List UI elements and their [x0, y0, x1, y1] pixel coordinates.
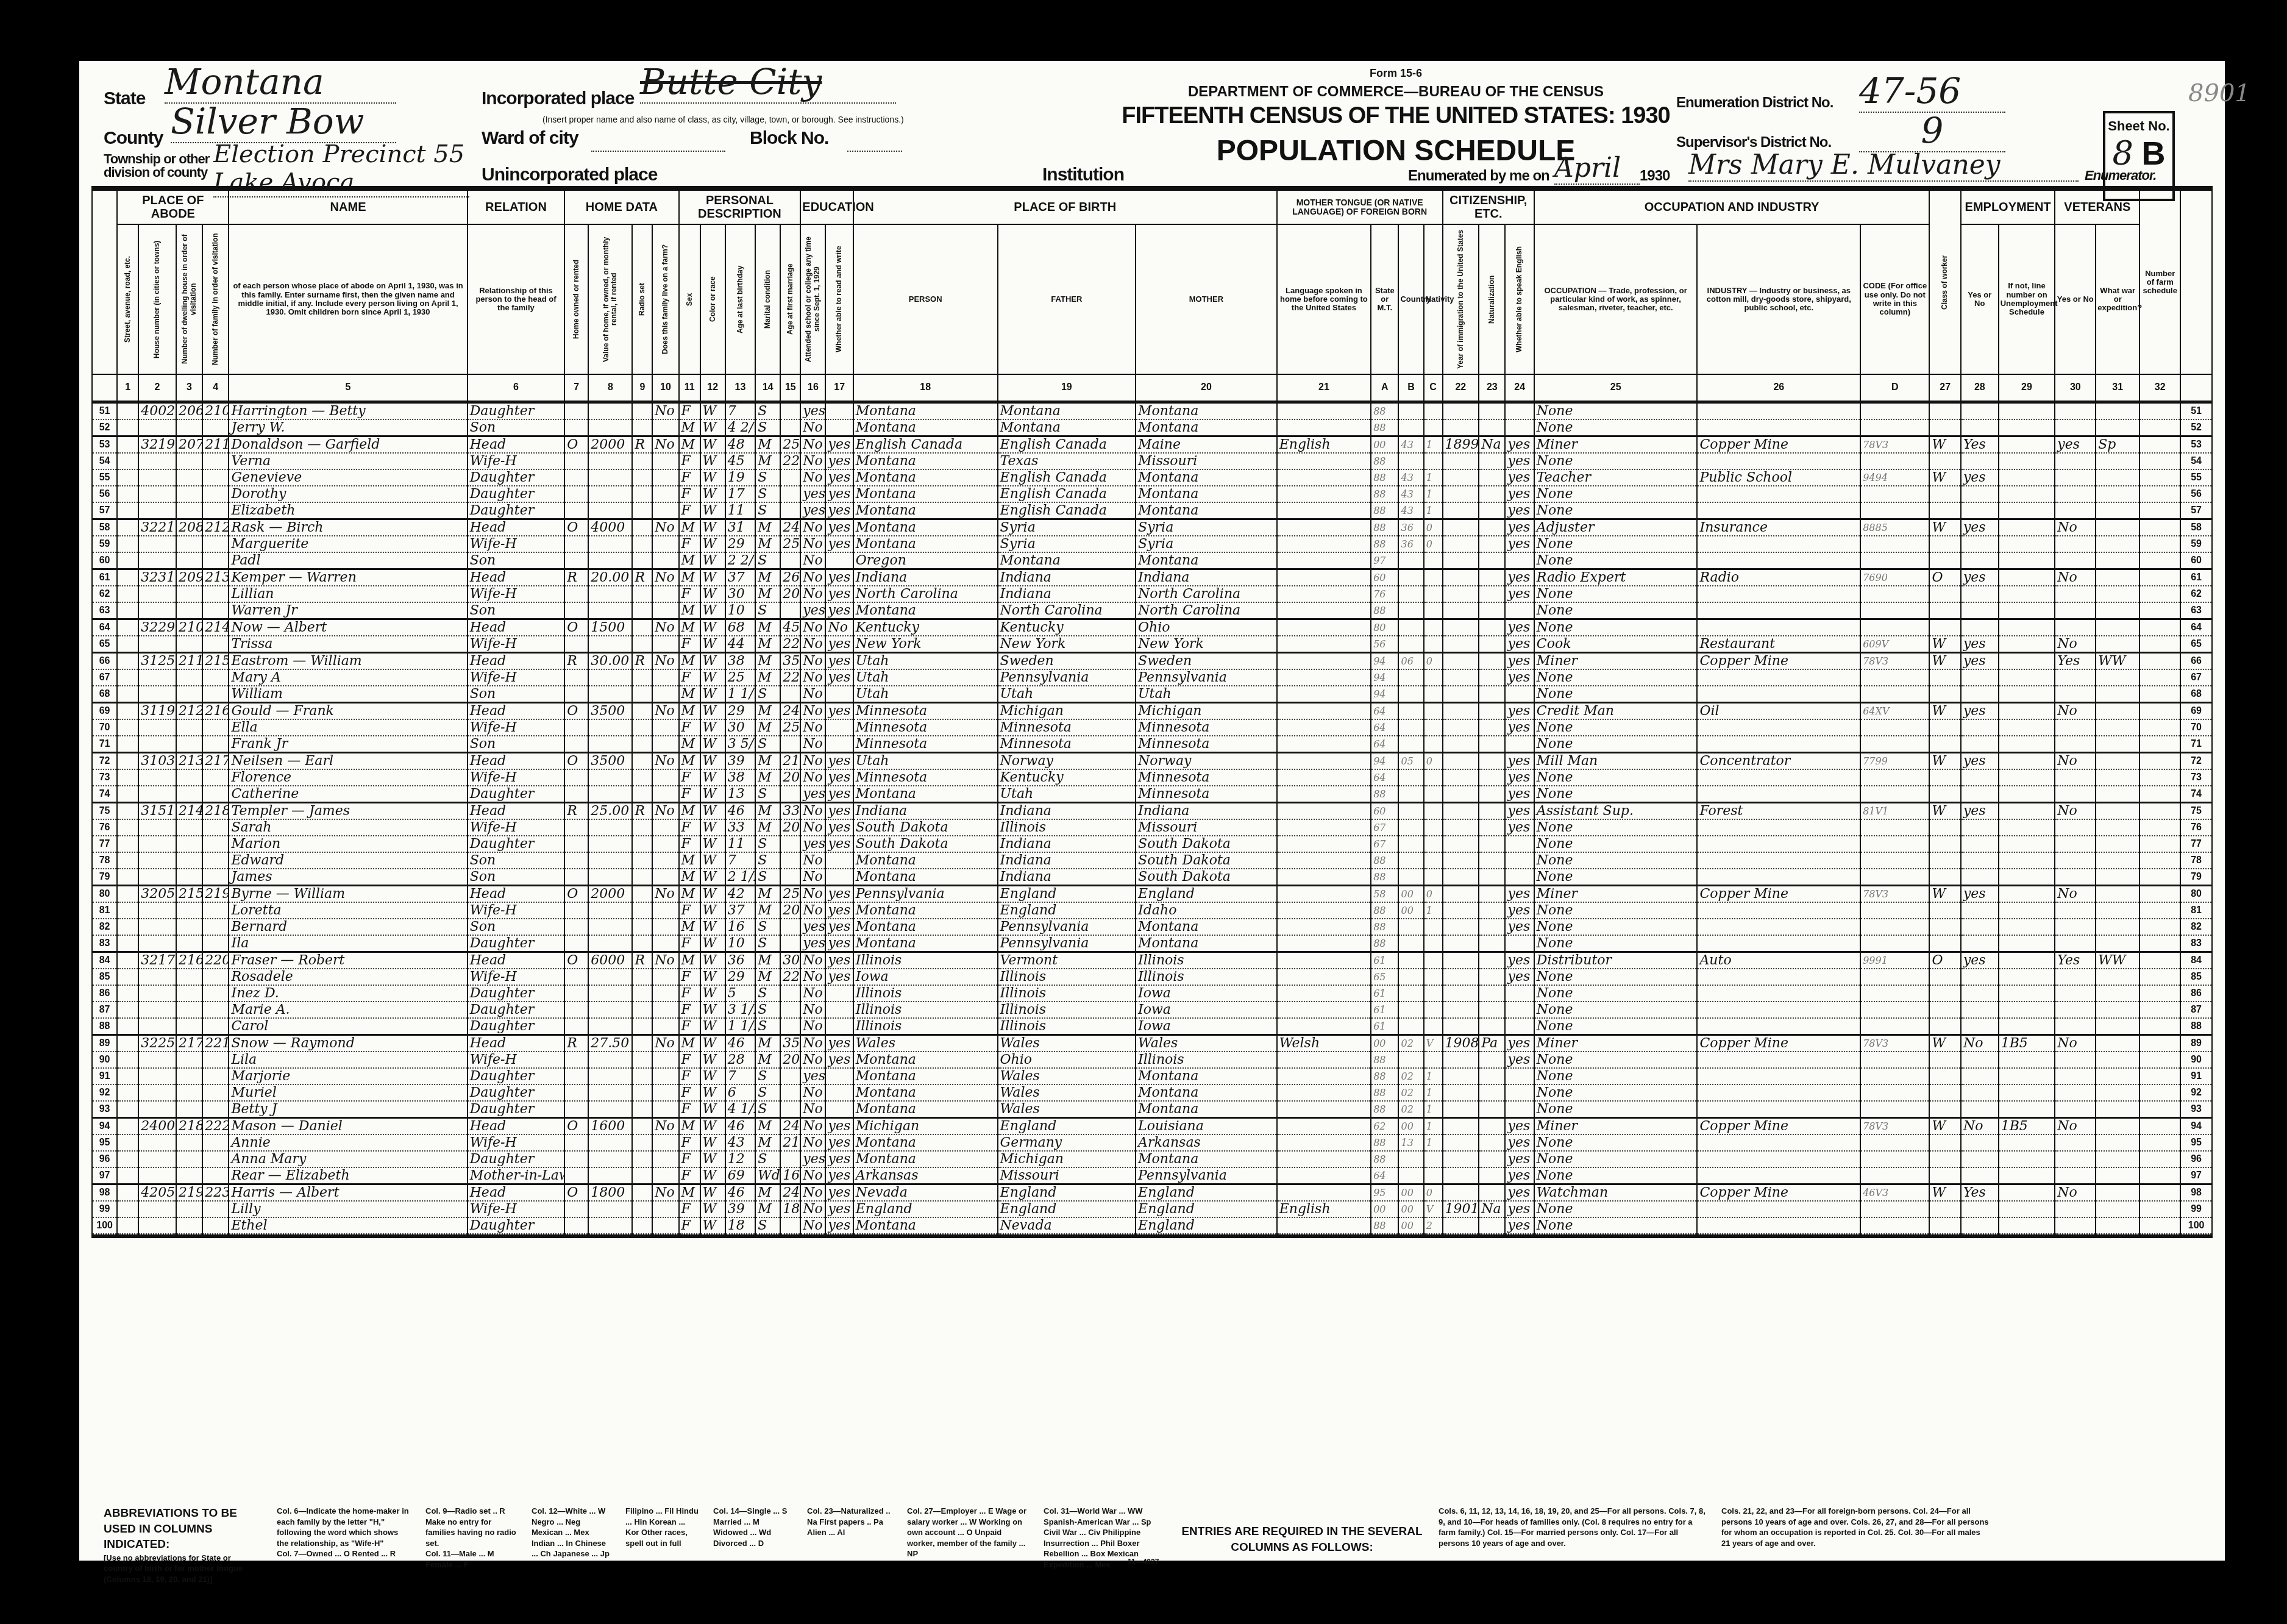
column-number: 7: [564, 374, 588, 402]
cell-farm: [652, 1134, 678, 1151]
cell-war: [2096, 1052, 2139, 1068]
cell-industry: [1697, 1217, 1860, 1234]
cell-owned: O: [564, 519, 588, 536]
line-number-right: 98: [2180, 1184, 2212, 1202]
cell-c: [1424, 786, 1443, 803]
cell-farm: [652, 1018, 678, 1035]
cell-house_street: [117, 619, 138, 636]
cell-radio: [632, 886, 652, 903]
cell-farm: [652, 669, 678, 686]
cell-birth: Iowa: [853, 969, 998, 985]
cell-code: [1860, 1134, 1929, 1151]
cell-family: [202, 919, 229, 935]
cell-value: [588, 736, 632, 753]
cell-birth: Minnesota: [853, 736, 998, 753]
cell-read: yes: [825, 586, 853, 602]
column-number: 18: [853, 374, 998, 402]
cell-unemp: [1999, 1084, 2055, 1101]
cell-sex: F: [679, 969, 700, 985]
cell-tongue: [1277, 703, 1371, 720]
abbrev-col14: Col. 14—Single ... S Married ... M Widow…: [713, 1506, 792, 1585]
cell-owned: [564, 919, 588, 935]
cell-unemp: [1999, 902, 2055, 919]
cell-natur: [1479, 469, 1505, 486]
cell-mother: Maine: [1136, 436, 1277, 454]
cell-value: 1600: [588, 1118, 632, 1135]
cell-relation: Daughter: [468, 402, 565, 420]
cell-school: No: [800, 869, 825, 886]
cell-vet: Yes: [2055, 952, 2096, 969]
table-row: 803205215219Byrne — WilliamHeadO2000NoMW…: [92, 886, 2212, 903]
cell-farmsched: [2139, 919, 2180, 935]
cell-farm: [652, 419, 678, 436]
cell-natur: [1479, 1084, 1505, 1101]
cell-mother: Illinois: [1136, 1052, 1277, 1068]
cell-english: [1505, 985, 1534, 1002]
cell-farm: [652, 1201, 678, 1217]
cell-farmsched: [2139, 736, 2180, 753]
cell-radio: [632, 719, 652, 736]
cell-a: 88: [1371, 786, 1398, 803]
cell-immig: [1443, 985, 1479, 1002]
cell-house: 3231: [138, 569, 176, 586]
cell-a: 61: [1371, 952, 1398, 969]
cell-immig: [1443, 536, 1479, 552]
cell-industry: Concentrator: [1697, 753, 1860, 770]
cell-b: 06: [1398, 653, 1423, 670]
cell-father: Wales: [998, 1068, 1136, 1084]
cell-birth: Indiana: [853, 803, 998, 820]
cell-c: 1: [1424, 1101, 1443, 1118]
cell-value: 1800: [588, 1184, 632, 1202]
cell-industry: Insurance: [1697, 519, 1860, 536]
cell-class: W: [1929, 469, 1960, 486]
cell-unemp: [1999, 935, 2055, 952]
cell-class: [1929, 985, 1960, 1002]
cell-value: [588, 969, 632, 985]
cell-birth: South Dakota: [853, 836, 998, 852]
cell-war: [2096, 902, 2139, 919]
cell-birth: Minnesota: [853, 769, 998, 786]
cell-race: W: [700, 636, 725, 653]
cell-name: Neilsen — Earl: [229, 753, 467, 770]
cell-marital: M: [755, 969, 780, 985]
column-number: 27: [1929, 374, 1960, 402]
cell-relation: Wife-H: [468, 1134, 565, 1151]
cell-school: yes: [800, 486, 825, 502]
cell-tongue: [1277, 952, 1371, 969]
cell-farm: [652, 502, 678, 519]
cell-war: WW: [2096, 952, 2139, 969]
table-row: 63Warren JrSonMW10SyesyesMontanaNorth Ca…: [92, 602, 2212, 619]
cell-house_street: [117, 819, 138, 836]
cell-b: [1398, 669, 1423, 686]
cell-work: [1961, 486, 1999, 502]
cell-marital: M: [755, 586, 780, 602]
cell-house_street: [117, 1118, 138, 1135]
cell-natur: [1479, 552, 1505, 569]
cell-vet: [2055, 786, 2096, 803]
cell-age_marr: 24: [780, 703, 800, 720]
cell-code: 7690: [1860, 569, 1929, 586]
cell-owned: [564, 469, 588, 486]
cell-class: W: [1929, 519, 1960, 536]
cell-occupation: None: [1534, 686, 1698, 703]
cell-father: Sweden: [998, 653, 1136, 670]
cell-relation: Head: [468, 703, 565, 720]
cell-class: [1929, 502, 1960, 519]
cell-marital: M: [755, 436, 780, 454]
cell-unemp: [1999, 1134, 2055, 1151]
cell-name: Kemper — Warren: [229, 569, 467, 586]
cell-sex: F: [679, 985, 700, 1002]
county-label: County: [104, 128, 163, 149]
cell-house: 3217: [138, 952, 176, 969]
cell-code: [1860, 769, 1929, 786]
cell-house_street: [117, 602, 138, 619]
cell-house_street: [117, 852, 138, 869]
cell-industry: [1697, 836, 1860, 852]
cell-race: W: [700, 886, 725, 903]
cell-school: No: [800, 536, 825, 552]
cell-c: 0: [1424, 1184, 1443, 1202]
cell-owned: [564, 769, 588, 786]
cell-house_street: [117, 1201, 138, 1217]
cell-industry: [1697, 869, 1860, 886]
cell-age: 39: [725, 753, 755, 770]
line-number: 65: [92, 636, 117, 653]
cell-mother: Montana: [1136, 919, 1277, 935]
line-number-right: 64: [2180, 619, 2212, 636]
cell-house: [138, 1167, 176, 1184]
cell-owned: [564, 1217, 588, 1234]
cell-code: [1860, 502, 1929, 519]
cell-birth: Montana: [853, 919, 998, 935]
cell-owned: [564, 669, 588, 686]
cell-read: yes: [825, 1151, 853, 1167]
cell-school: No: [800, 1184, 825, 1202]
cell-value: [588, 686, 632, 703]
table-row: 93Betty JDaughterFW4 1/2SNoMontanaWalesM…: [92, 1101, 2212, 1118]
cell-farm: No: [652, 436, 678, 454]
cell-father: Michigan: [998, 703, 1136, 720]
cell-name: Ella: [229, 719, 467, 736]
cell-school: No: [800, 1018, 825, 1035]
cell-dwelling: [176, 552, 202, 569]
cell-read: yes: [825, 1118, 853, 1135]
cell-english: yes: [1505, 536, 1534, 552]
cell-age: 10: [725, 935, 755, 952]
ed-label: Enumeration District No.: [1676, 94, 1833, 112]
cell-vet: No: [2055, 803, 2096, 820]
cell-dwelling: [176, 453, 202, 469]
cell-tongue: [1277, 719, 1371, 736]
cell-sex: F: [679, 1167, 700, 1184]
cell-school: yes: [800, 602, 825, 619]
cell-english: yes: [1505, 669, 1534, 686]
cell-english: [1505, 1101, 1534, 1118]
cell-b: 05: [1398, 753, 1423, 770]
cell-race: W: [700, 869, 725, 886]
cell-unemp: [1999, 453, 2055, 469]
cell-owned: [564, 836, 588, 852]
column-number: 15: [780, 374, 800, 402]
cell-work: [1961, 602, 1999, 619]
header-col-22: Year of immigration to the United States: [1443, 224, 1479, 374]
cell-b: [1398, 419, 1423, 436]
cell-c: [1424, 1002, 1443, 1018]
cell-marital: M: [755, 703, 780, 720]
cell-school: No: [800, 669, 825, 686]
cell-english: [1505, 1002, 1534, 1018]
cell-age_marr: 22: [780, 636, 800, 653]
cell-occupation: None: [1534, 586, 1698, 602]
line-number: 94: [92, 1118, 117, 1135]
cell-father: Illinois: [998, 819, 1136, 836]
cell-farm: [652, 453, 678, 469]
column-number: 22: [1443, 374, 1479, 402]
cell-name: Annie: [229, 1134, 467, 1151]
cell-natur: [1479, 919, 1505, 935]
line-number-right: 84: [2180, 952, 2212, 969]
cell-unemp: [1999, 952, 2055, 969]
column-number: B: [1398, 374, 1423, 402]
cell-father: North Carolina: [998, 602, 1136, 619]
cell-value: [588, 1151, 632, 1167]
cell-occupation: None: [1534, 536, 1698, 552]
cell-work: yes: [1961, 569, 1999, 586]
cell-house: 3219: [138, 436, 176, 454]
cell-vet: [2055, 1134, 2096, 1151]
cell-c: [1424, 552, 1443, 569]
cell-age: 69: [725, 1167, 755, 1184]
cell-dwelling: [176, 502, 202, 519]
cell-work: [1961, 1134, 1999, 1151]
cell-occupation: None: [1534, 486, 1698, 502]
cell-school: No: [800, 902, 825, 919]
table-row: 514002206210Harrington — BettyDaughterNo…: [92, 402, 2212, 420]
cell-read: yes: [825, 969, 853, 985]
cell-value: [588, 869, 632, 886]
cell-dwelling: [176, 786, 202, 803]
cell-occupation: Miner: [1534, 1035, 1698, 1052]
column-number: 9: [632, 374, 652, 402]
table-row: 613231209213Kemper — WarrenHeadR20.00RNo…: [92, 569, 2212, 586]
incorporated-note: (Insert proper name and also name of cla…: [542, 115, 904, 124]
cell-unemp: [1999, 602, 2055, 619]
cell-dwelling: [176, 1018, 202, 1035]
cell-tongue: [1277, 803, 1371, 820]
cell-b: [1398, 985, 1423, 1002]
cell-age_marr: [780, 552, 800, 569]
cell-read: yes: [825, 1134, 853, 1151]
cell-occupation: None: [1534, 1201, 1698, 1217]
cell-occupation: Adjuster: [1534, 519, 1698, 536]
cell-mother: Arkansas: [1136, 1134, 1277, 1151]
line-number-right: 83: [2180, 935, 2212, 952]
cell-mother: Pennsylvania: [1136, 669, 1277, 686]
cell-age: 43: [725, 1134, 755, 1151]
column-number: 11: [679, 374, 700, 402]
cell-read: yes: [825, 1184, 853, 1202]
cell-dwelling: [176, 969, 202, 985]
cell-father: Utah: [998, 786, 1136, 803]
cell-read: yes: [825, 536, 853, 552]
cell-race: W: [700, 619, 725, 636]
cell-radio: [632, 1035, 652, 1052]
cell-war: [2096, 836, 2139, 852]
cell-occupation: None: [1534, 969, 1698, 985]
cell-mother: Louisiana: [1136, 1118, 1277, 1135]
cell-radio: [632, 636, 652, 653]
cell-industry: [1697, 985, 1860, 1002]
cell-radio: [632, 419, 652, 436]
cell-house: [138, 1068, 176, 1084]
cell-work: [1961, 869, 1999, 886]
entries-rules-2: Cols. 21, 22, and 23—For all foreign-bor…: [1721, 1506, 1990, 1585]
cell-vet: [2055, 686, 2096, 703]
cell-read: yes: [825, 669, 853, 686]
cell-class: [1929, 1068, 1960, 1084]
cell-mother: Montana: [1136, 502, 1277, 519]
cell-owned: [564, 419, 588, 436]
table-row: 57ElizabethDaughterFW11SyesyesMontanaEng…: [92, 502, 2212, 519]
cell-work: [1961, 619, 1999, 636]
column-number: 20: [1136, 374, 1277, 402]
cell-sex: M: [679, 919, 700, 935]
cell-age: 29: [725, 703, 755, 720]
cell-house: [138, 869, 176, 886]
cell-relation: Head: [468, 886, 565, 903]
cell-house: [138, 686, 176, 703]
cell-natur: [1479, 1118, 1505, 1135]
line-number-right: 65: [2180, 636, 2212, 653]
cell-english: [1505, 736, 1534, 753]
line-number-right: 86: [2180, 985, 2212, 1002]
cell-house_street: [117, 536, 138, 552]
cell-marital: S: [755, 686, 780, 703]
cell-industry: [1697, 819, 1860, 836]
cell-birth: Montana: [853, 1217, 998, 1234]
cell-owned: O: [564, 753, 588, 770]
cell-race: W: [700, 819, 725, 836]
cell-unemp: [1999, 886, 2055, 903]
cell-age: 28: [725, 1052, 755, 1068]
cell-school: yes: [800, 1068, 825, 1084]
line-number: 77: [92, 836, 117, 852]
cell-code: [1860, 1068, 1929, 1084]
cell-marital: S: [755, 419, 780, 436]
cell-age_marr: 25: [780, 719, 800, 736]
cell-tongue: [1277, 669, 1371, 686]
line-number: 93: [92, 1101, 117, 1118]
cell-birth: Montana: [853, 402, 998, 420]
cell-occupation: None: [1534, 1101, 1698, 1118]
cell-immig: 1908: [1443, 1035, 1479, 1052]
cell-family: [202, 1052, 229, 1068]
cell-farmsched: [2139, 719, 2180, 736]
cell-war: [2096, 1184, 2139, 1202]
line-number-right: 56: [2180, 486, 2212, 502]
cell-dwelling: 219: [176, 1184, 202, 1202]
cell-c: [1424, 569, 1443, 586]
cell-house: [138, 1134, 176, 1151]
cell-work: [1961, 453, 1999, 469]
cell-house_street: [117, 836, 138, 852]
cell-c: [1424, 852, 1443, 869]
cell-unemp: [1999, 502, 2055, 519]
cell-value: [588, 1084, 632, 1101]
cell-english: yes: [1505, 969, 1534, 985]
cell-house: [138, 1217, 176, 1234]
cell-owned: R: [564, 653, 588, 670]
cell-immig: [1443, 586, 1479, 602]
cell-relation: Wife-H: [468, 1201, 565, 1217]
cell-read: [825, 736, 853, 753]
cell-relation: Wife-H: [468, 536, 565, 552]
cell-c: [1424, 769, 1443, 786]
cell-house_street: [117, 753, 138, 770]
cell-war: [2096, 1217, 2139, 1234]
cell-read: yes: [825, 803, 853, 820]
cell-farm: No: [652, 803, 678, 820]
cell-sex: M: [679, 869, 700, 886]
cell-house: [138, 935, 176, 952]
cell-birth: Utah: [853, 686, 998, 703]
cell-name: Betty J: [229, 1101, 467, 1118]
cell-farm: [652, 586, 678, 602]
cell-code: [1860, 935, 1929, 952]
cell-class: [1929, 869, 1960, 886]
cell-age_marr: 25: [780, 886, 800, 903]
cell-name: Bernard: [229, 919, 467, 935]
column-number: 13: [725, 374, 755, 402]
cell-value: [588, 636, 632, 653]
cell-birth: Montana: [853, 453, 998, 469]
cell-dwelling: [176, 602, 202, 619]
cell-tongue: [1277, 519, 1371, 536]
cell-english: yes: [1505, 653, 1534, 670]
cell-read: yes: [825, 886, 853, 903]
institution-label: Institution: [1042, 165, 1124, 185]
cell-occupation: None: [1534, 852, 1698, 869]
cell-farmsched: [2139, 502, 2180, 519]
line-number: 67: [92, 669, 117, 686]
header-col-27: Class of worker: [1929, 190, 1960, 374]
cell-read: [825, 1018, 853, 1035]
cell-industry: [1697, 453, 1860, 469]
cell-occupation: Distributor: [1534, 952, 1698, 969]
line-number-right: 61: [2180, 569, 2212, 586]
cell-race: W: [700, 769, 725, 786]
cell-b: [1398, 836, 1423, 852]
cell-value: 27.50: [588, 1035, 632, 1052]
cell-owned: [564, 869, 588, 886]
cell-work: [1961, 719, 1999, 736]
cell-farm: [652, 736, 678, 753]
ward-label: Ward of city: [482, 128, 578, 149]
cell-owned: R: [564, 569, 588, 586]
cell-age_marr: 18: [780, 1201, 800, 1217]
cell-immig: [1443, 602, 1479, 619]
column-number: 26: [1697, 374, 1860, 402]
cell-age: 11: [725, 502, 755, 519]
cell-age: 46: [725, 803, 755, 820]
cell-natur: [1479, 1151, 1505, 1167]
table-row: 86Inez D.DaughterFW5SNoIllinoisIllinoisI…: [92, 985, 2212, 1002]
cell-war: [2096, 519, 2139, 536]
cell-house: 4002: [138, 402, 176, 420]
